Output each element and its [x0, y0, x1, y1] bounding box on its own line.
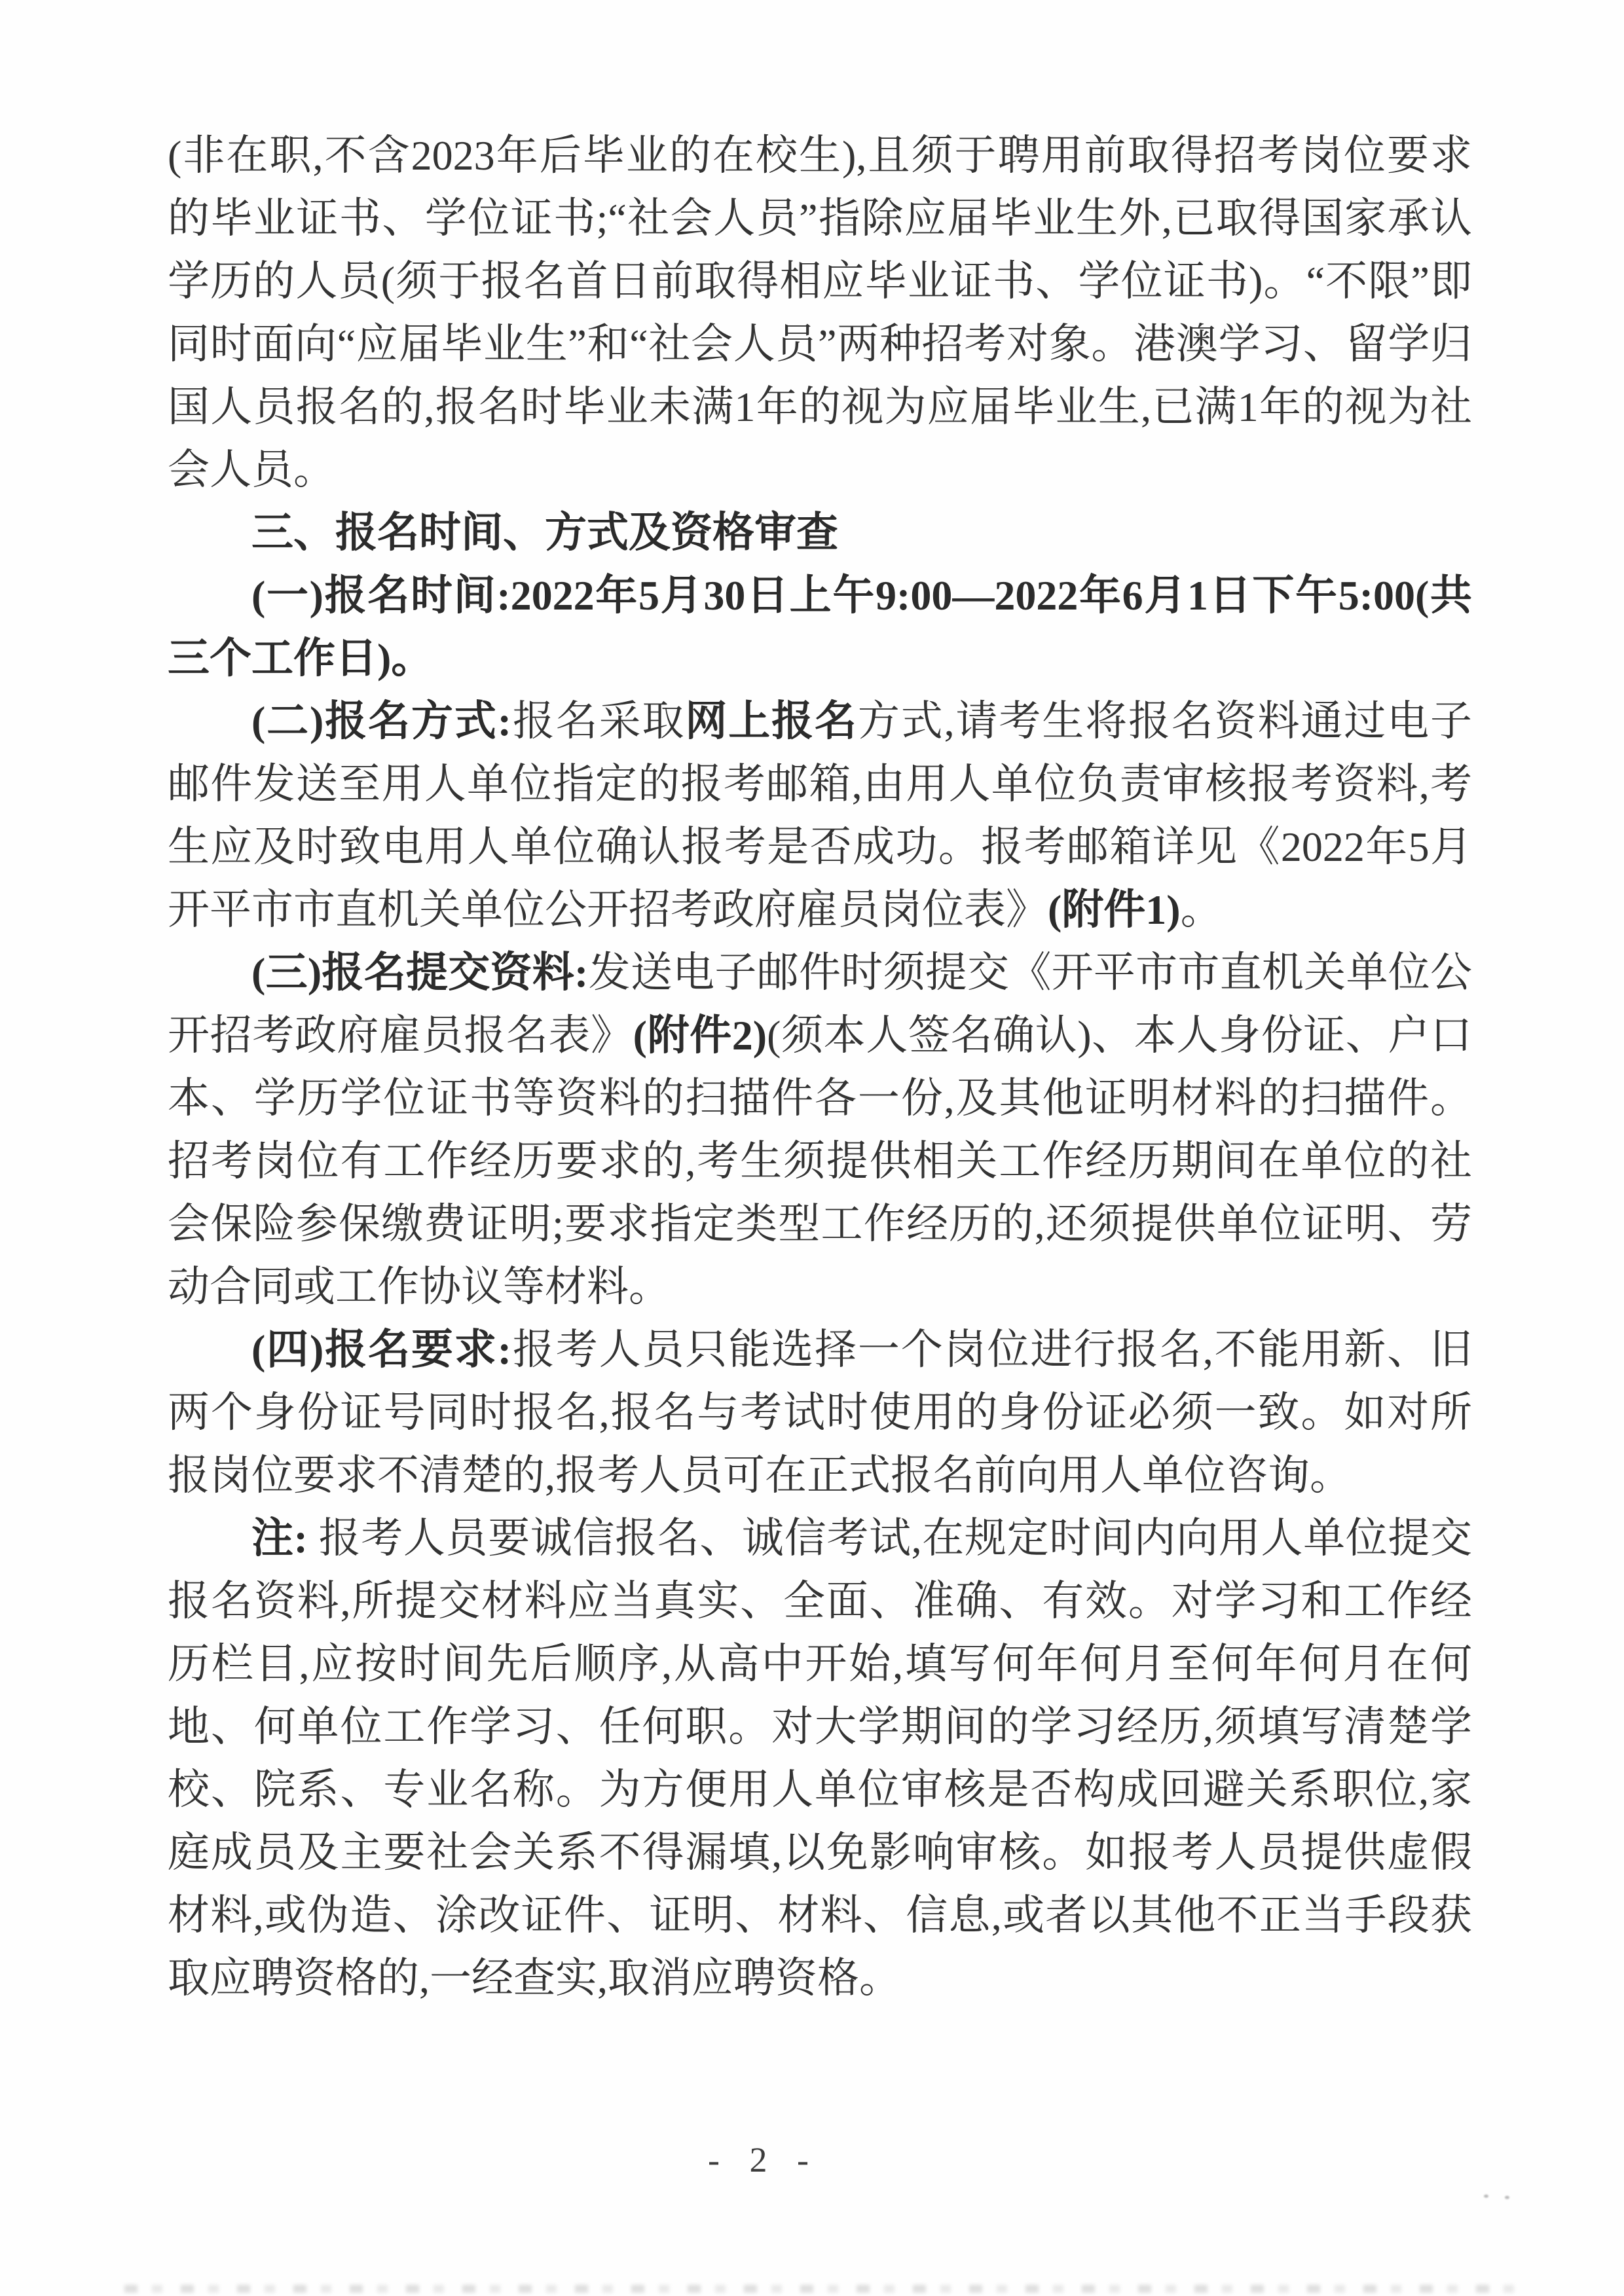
item-1-time-text: (一)报名时间:2022年5月30日上午9:00—2022年6月1日下午5:00… — [168, 572, 1472, 682]
section-3-heading: 三、报名时间、方式及资格审查 — [168, 501, 1472, 564]
item-4-label: (四)报名要求: — [251, 1326, 511, 1373]
document-page: (非在职,不含2023年后毕业的在校生),且须于聘用前取得招考岗位要求的毕业证书… — [0, 0, 1624, 2296]
scan-speck — [1484, 2195, 1488, 2198]
text-run: 。 — [1181, 886, 1223, 933]
attachment-1-reference: (附件1) — [1048, 886, 1181, 933]
scan-bleed-through-artifact — [124, 2285, 1532, 2293]
note-paragraph: 注: 报考人员要诚信报名、诚信考试,在规定时间内向用人单位提交报名资料,所提交材… — [168, 1507, 1472, 2010]
note-label: 注: — [251, 1515, 308, 1561]
scan-speck — [1505, 2196, 1509, 2199]
text-run: 报考人员要诚信报名、诚信考试,在规定时间内向用人单位提交报名资料,所提交材料应当… — [168, 1515, 1472, 2001]
document-body: (非在职,不含2023年后毕业的在校生),且须于聘用前取得招考岗位要求的毕业证书… — [168, 124, 1472, 2010]
item-1-time-paragraph: (一)报名时间:2022年5月30日上午9:00—2022年6月1日下午5:00… — [168, 564, 1472, 690]
item-2-method-paragraph: (二)报名方式:报名采取网上报名方式,请考生将报名资料通过电子邮件发送至用人单位… — [168, 690, 1472, 941]
item-3-label: (三)报名提交资料: — [251, 949, 588, 996]
item-4-requirements-paragraph: (四)报名要求:报考人员只能选择一个岗位进行报名,不能用新、旧两个身份证号同时报… — [168, 1319, 1472, 1507]
text-run: (非在职,不含2023年后毕业的在校生),且须于聘用前取得招考岗位要求的毕业证书… — [168, 132, 1472, 493]
attachment-2-reference: (附件2) — [633, 1012, 767, 1059]
paragraph-continuation: (非在职,不含2023年后毕业的在校生),且须于聘用前取得招考岗位要求的毕业证书… — [168, 124, 1472, 501]
item-2-label: (二)报名方式: — [251, 698, 511, 744]
online-registration-emphasis: 网上报名 — [685, 698, 857, 744]
item-3-materials-paragraph: (三)报名提交资料:发送电子邮件时须提交《开平市市直机关单位公开招考政府雇员报名… — [168, 941, 1472, 1319]
section-3-heading-text: 三、报名时间、方式及资格审查 — [251, 509, 838, 556]
text-run: 报名采取 — [511, 698, 685, 744]
page-footer: - 2 - — [0, 2140, 1527, 2180]
page-number: - 2 - — [708, 2140, 819, 2179]
